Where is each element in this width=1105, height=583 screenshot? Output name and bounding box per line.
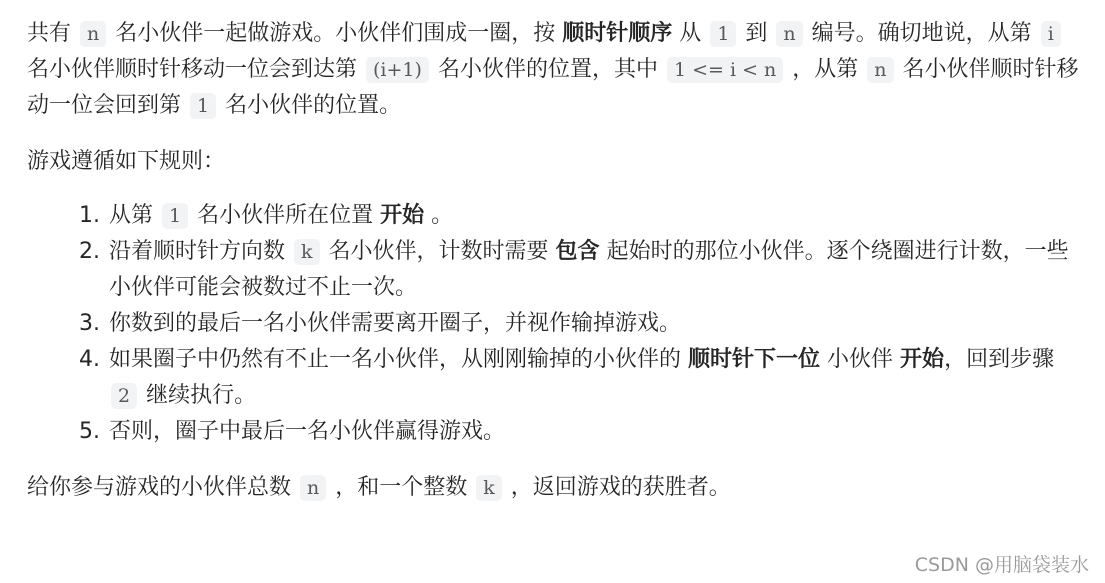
text: 名小伙伴一起做游戏。小伙伴们围成一圈，按 [115,21,555,46]
text: 小伙伴 [827,347,893,372]
inline-code: (i+1) [366,57,429,83]
bold-text: 包含 [556,239,600,264]
inline-code: k [476,475,502,501]
inline-code: n [867,57,893,83]
inline-code: 1 [710,21,736,47]
inline-code: 1 [190,93,216,119]
bold-text: 开始 [900,347,944,372]
inline-code: n [300,475,326,501]
inline-code: 1 <= i < n [667,57,783,83]
rules-heading: 游戏遵循如下规则： [27,144,1087,180]
rule-item: 否则，圈子中最后一名小伙伴赢得游戏。 [107,414,1087,450]
task-paragraph: 给你参与游戏的小伙伴总数 n ，和一个整数 k ，返回游戏的获胜者。 [27,470,1087,506]
problem-description: 共有 n 名小伙伴一起做游戏。小伙伴们围成一圈，按 顺时针顺序 从 1 到 n … [27,16,1087,506]
rule-item: 你数到的最后一名小伙伴需要离开圈子，并视作输掉游戏。 [107,306,1087,342]
text: 沿着顺时针方向数 [109,239,285,264]
text: 名小伙伴顺时针移动一位会到达第 [27,57,357,82]
rule-item: 沿着顺时针方向数 k 名小伙伴，计数时需要 包含 起始时的那位小伙伴。逐个绕圈进… [107,234,1087,306]
text: 否则，圈子中最后一名小伙伴赢得游戏。 [109,419,505,444]
bold-text: 开始 [380,203,424,228]
inline-code: k [294,239,320,265]
text: 编号。确切地说，从第 [812,21,1032,46]
text: 共有 [27,21,71,46]
inline-code: i [1041,21,1061,47]
text: 继续执行。 [146,383,256,408]
text: 给你参与游戏的小伙伴总数 [27,475,291,500]
inline-code: n [776,21,802,47]
text: 名小伙伴，计数时需要 [329,239,549,264]
bold-text: 顺时针下一位 [688,347,820,372]
inline-code: 1 [162,203,188,229]
text: 如果圈子中仍然有不止一名小伙伴，从刚刚输掉的小伙伴的 [109,347,681,372]
text: ，返回游戏的获胜者。 [511,475,731,500]
text: 你数到的最后一名小伙伴需要离开圈子，并视作输掉游戏。 [109,311,681,336]
text: ，和一个整数 [335,475,467,500]
text: ，从第 [792,57,858,82]
rule-item: 从第 1 名小伙伴所在位置 开始 。 [107,198,1087,234]
text: ，回到步骤 [944,347,1054,372]
text: 从 [679,21,701,46]
text: 名小伙伴的位置，其中 [438,57,658,82]
inline-code: n [80,21,106,47]
rule-item: 如果圈子中仍然有不止一名小伙伴，从刚刚输掉的小伙伴的 顺时针下一位 小伙伴 开始… [107,342,1087,414]
inline-code: 2 [111,383,137,409]
intro-paragraph: 共有 n 名小伙伴一起做游戏。小伙伴们围成一圈，按 顺时针顺序 从 1 到 n … [27,16,1087,124]
bold-text: 顺时针顺序 [562,21,672,46]
text: 。 [431,203,453,228]
watermark: CSDN @用脑袋装水 [915,550,1089,577]
text: 从第 [109,203,153,228]
text: 名小伙伴所在位置 [197,203,373,228]
text: 名小伙伴的位置。 [225,93,401,118]
rules-list: 从第 1 名小伙伴所在位置 开始 。 沿着顺时针方向数 k 名小伙伴，计数时需要… [27,198,1087,450]
text: 到 [745,21,767,46]
